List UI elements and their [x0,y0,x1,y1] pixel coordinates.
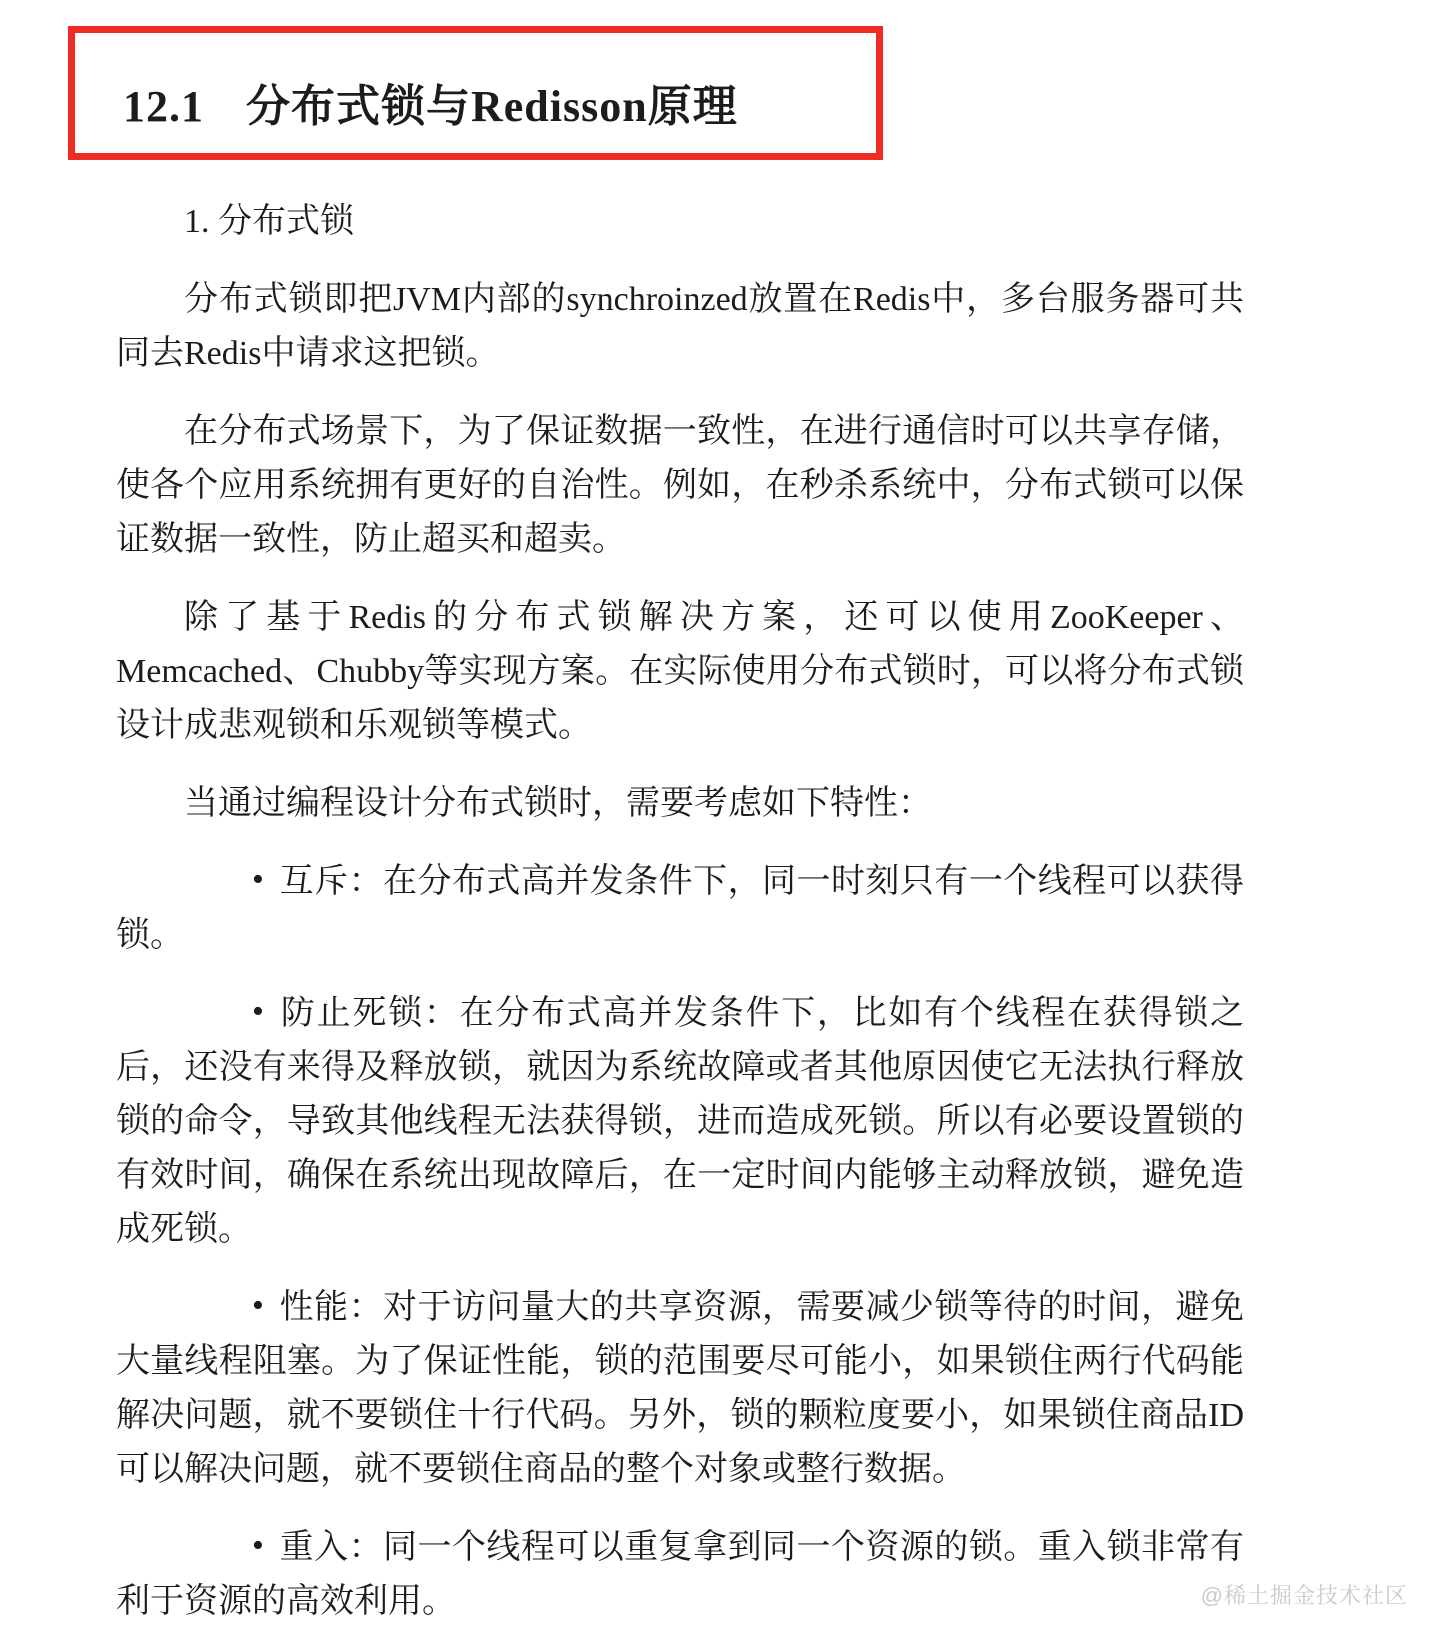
paragraph: 除了基于Redis的分布式锁解决方案，还可以使用ZooKeeper、Memcac… [116,591,1244,753]
paragraph: 在分布式场景下，为了保证数据一致性，在进行通信时可以共享存储，使各个应用系统拥有… [116,405,1244,567]
bullet-icon: • [184,1519,264,1573]
page-body: 1. 分布式锁 分布式锁即把JVM内部的synchroinzed放置在Redis… [116,160,1244,1650]
bullet-text: 性能：对于访问量大的共享资源，需要减少锁等待的时间，避免大量线程阻塞。为了保证性… [116,1289,1244,1488]
bullet-icon: • [184,1279,264,1333]
bullet-text: 互斥：在分布式高并发条件下，同一时刻只有一个线程可以获得锁。 [116,863,1244,954]
bullet-item: •互斥：在分布式高并发条件下，同一时刻只有一个线程可以获得锁。 [116,855,1244,963]
book-page: 12.1 分布式锁与Redisson原理 1. 分布式锁 分布式锁即把JVM内部… [0,0,1442,1650]
section-subheading: 1. 分布式锁 [116,195,1244,249]
chapter-heading: 12.1 分布式锁与Redisson原理 [123,52,738,134]
bullet-item: •重入：同一个线程可以重复拿到同一个资源的锁。重入锁非常有利于资源的高效利用。 [116,1521,1244,1629]
bullet-icon: • [184,985,264,1039]
chapter-title: 分布式锁与Redisson原理 [246,70,738,134]
site-watermark: @稀土掘金技术社区 [1201,1579,1408,1610]
paragraph: 当通过编程设计分布式锁时，需要考虑如下特性： [116,777,1244,831]
bullet-text: 重入：同一个线程可以重复拿到同一个资源的锁。重入锁非常有利于资源的高效利用。 [116,1529,1244,1620]
paragraph: 分布式锁即把JVM内部的synchroinzed放置在Redis中，多台服务器可… [116,273,1244,381]
chapter-number: 12.1 [123,81,204,132]
bullet-item: •防止死锁：在分布式高并发条件下，比如有个线程在获得锁之后，还没有来得及释放锁，… [116,987,1244,1257]
chapter-heading-highlight-box: 12.1 分布式锁与Redisson原理 [68,26,883,160]
bullet-icon: • [184,853,264,907]
bullet-text: 防止死锁：在分布式高并发条件下，比如有个线程在获得锁之后，还没有来得及释放锁，就… [116,995,1244,1248]
bullet-item: •性能：对于访问量大的共享资源，需要减少锁等待的时间，避免大量线程阻塞。为了保证… [116,1281,1244,1497]
